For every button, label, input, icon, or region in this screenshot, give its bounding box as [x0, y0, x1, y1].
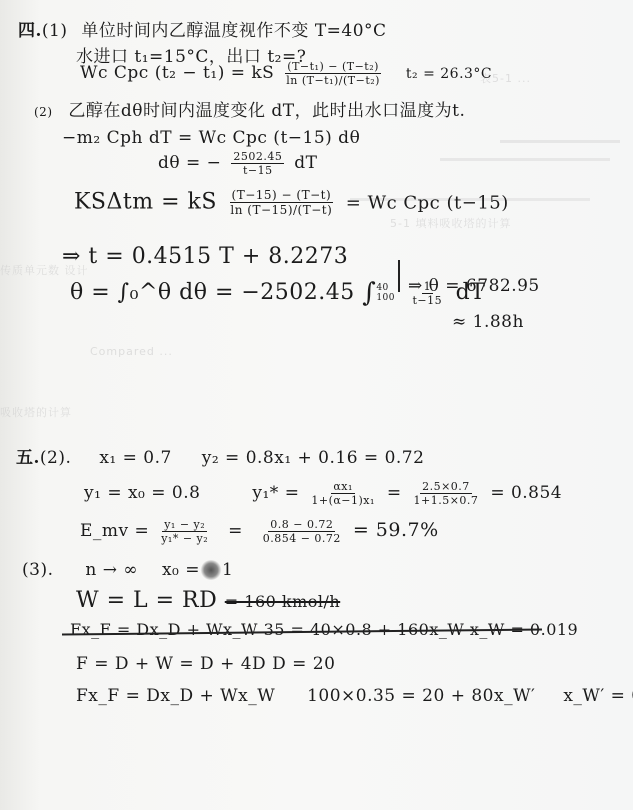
- numerator: 2.5×0.7: [420, 480, 472, 494]
- numerator: (T−t₁) − (T−t₂): [285, 60, 381, 74]
- section-label: 五.: [16, 448, 40, 468]
- fraction: 2502.45 t−15: [231, 150, 284, 177]
- bleed-through-text: 5-1 填料吸收塔的计算: [390, 215, 511, 231]
- equation-right: dT: [294, 153, 317, 173]
- result: = 59.7%: [353, 519, 439, 541]
- numerator: 2502.45: [231, 150, 284, 164]
- section-label: 四.: [18, 21, 42, 41]
- section4-part2-heading: (2) 乙醇在dθ时间内温度变化 dT，此时出水口温度为t.: [34, 96, 465, 121]
- equation-left: θ = ∫₀^θ dθ = −2502.45: [70, 280, 355, 305]
- fraction: y₁ − y₂ y₁* − y₂: [159, 518, 210, 545]
- bracket-mark: [398, 260, 400, 292]
- equation-line: dθ = − 2502.45 t−15 dT: [158, 150, 317, 177]
- scribbled-out-value: 0.9: [200, 560, 222, 580]
- part-label: (2).: [40, 448, 71, 468]
- equation-left: dθ = −: [158, 153, 221, 173]
- result: = 0.854: [490, 483, 562, 503]
- equation-line: Fx_F = Dx_D + Wx_W 100×0.35 = 20 + 80x_W…: [76, 686, 633, 706]
- equation-line: −m₂ Cph dT = Wc Cpc (t−15) dθ: [62, 128, 360, 148]
- fraction: 0.8 − 0.72 0.854 − 0.72: [261, 518, 343, 545]
- section5-part3-heading: (3). n → ∞ x₀ =0.91: [22, 560, 233, 580]
- bleed-through-line: [440, 158, 610, 161]
- fraction: (T−15) − (T−t) ln (T−15)/(T−t): [228, 188, 334, 217]
- result-line: ⇒ θ = 6782.95: [408, 276, 540, 296]
- equation-a: Fx_F = Dx_D + Wx_W: [76, 686, 275, 706]
- denominator: y₁* − y₂: [159, 532, 210, 545]
- equation-line: W = L = RD = 160 kmol/h: [76, 588, 340, 613]
- upper-limit: 40: [376, 283, 395, 293]
- numerator: 0.8 − 0.72: [268, 518, 335, 532]
- equation-c: 1: [222, 560, 233, 580]
- equation-a: y₁ = x₀ = 0.8: [84, 483, 200, 503]
- equation-left: KSΔtm = kS: [74, 190, 217, 215]
- denominator: 1+1.5×0.7: [411, 494, 480, 507]
- statement-text: 乙醇在dθ时间内温度变化 dT，此时出水口温度为t.: [68, 101, 465, 121]
- equation-b-left: y₁* =: [252, 483, 299, 503]
- denominator: t−15: [241, 164, 275, 177]
- denominator: 1+(α−1)x₁: [309, 494, 377, 507]
- struck-out-text: = 160 kmol/h: [225, 592, 340, 611]
- denominator: ln (T−15)/(T−t): [228, 203, 334, 217]
- result-line: ≈ 1.88h: [452, 312, 524, 332]
- equation-line: KSΔtm = kS (T−15) − (T−t) ln (T−15)/(T−t…: [74, 188, 509, 217]
- equation-b: 100×0.35 = 20 + 80x_W′: [307, 686, 535, 706]
- bleed-through-text: 吸收塔的计算: [0, 404, 72, 420]
- part-label: (1): [42, 21, 68, 41]
- denominator: 0.854 − 0.72: [261, 532, 343, 545]
- part-label: (3).: [22, 560, 53, 580]
- equation-line: ⇒ t = 0.4515 T + 8.2273: [62, 244, 348, 269]
- fraction: 2.5×0.7 1+1.5×0.7: [411, 480, 480, 507]
- equation-a: W = L = RD: [76, 588, 217, 613]
- equation-line: F = D + W = D + 4D D = 20: [76, 654, 335, 674]
- lower-limit: 100: [376, 293, 395, 303]
- equation-line: E_mv = y₁ − y₂ y₁* − y₂ = 0.8 − 0.72 0.8…: [80, 518, 439, 545]
- equation-c: x_W′ = 0.1875: [563, 686, 633, 706]
- equation-b: y₂ = 0.8x₁ + 0.16 = 0.72: [202, 448, 425, 468]
- paper-sheet: 表5-1 ... 5-1 填料吸收塔的计算 传质单元数 设计 Compared …: [0, 0, 633, 810]
- equation-a: n → ∞: [85, 560, 138, 580]
- equation-line: Wc Cpc (t₂ − t₁) = kS (T−t₁) − (T−t₂) ln…: [80, 60, 492, 87]
- denominator: ln (T−t₁)/(T−t₂): [284, 74, 382, 87]
- fraction: αx₁ 1+(α−1)x₁: [309, 480, 377, 507]
- equation-right: = Wc Cpc (t−15): [346, 193, 509, 214]
- bleed-through-line: [500, 140, 620, 143]
- fraction: (T−t₁) − (T−t₂) ln (T−t₁)/(T−t₂): [284, 60, 382, 87]
- equation-a: x₁ = 0.7: [99, 448, 172, 468]
- part-label: (2): [34, 105, 53, 119]
- section5-part2-heading: 五.(2). x₁ = 0.7 y₂ = 0.8x₁ + 0.16 = 0.72: [16, 443, 424, 468]
- equation-b: x₀ =: [162, 560, 200, 580]
- statement-text: 单位时间内乙醇温度视作不变 T=40°C: [81, 21, 386, 41]
- result: t₂ = 26.3°C: [406, 66, 492, 82]
- numerator: αx₁: [331, 480, 355, 494]
- numerator: y₁ − y₂: [162, 518, 207, 532]
- integral-limits: 40 100: [376, 283, 395, 303]
- integral-sign: ∫: [362, 278, 376, 308]
- numerator: (T−15) − (T−t): [230, 188, 334, 203]
- equation-line: y₁ = x₀ = 0.8 y₁* = αx₁ 1+(α−1)x₁ = 2.5×…: [84, 480, 562, 507]
- bleed-through-text: Compared ...: [90, 345, 173, 358]
- section4-part1-heading: 四.(1) 单位时间内乙醇温度视作不变 T=40°C: [18, 16, 387, 41]
- equation-left: Wc Cpc (t₂ − t₁) = kS: [80, 63, 274, 83]
- equation-left: E_mv =: [80, 521, 149, 541]
